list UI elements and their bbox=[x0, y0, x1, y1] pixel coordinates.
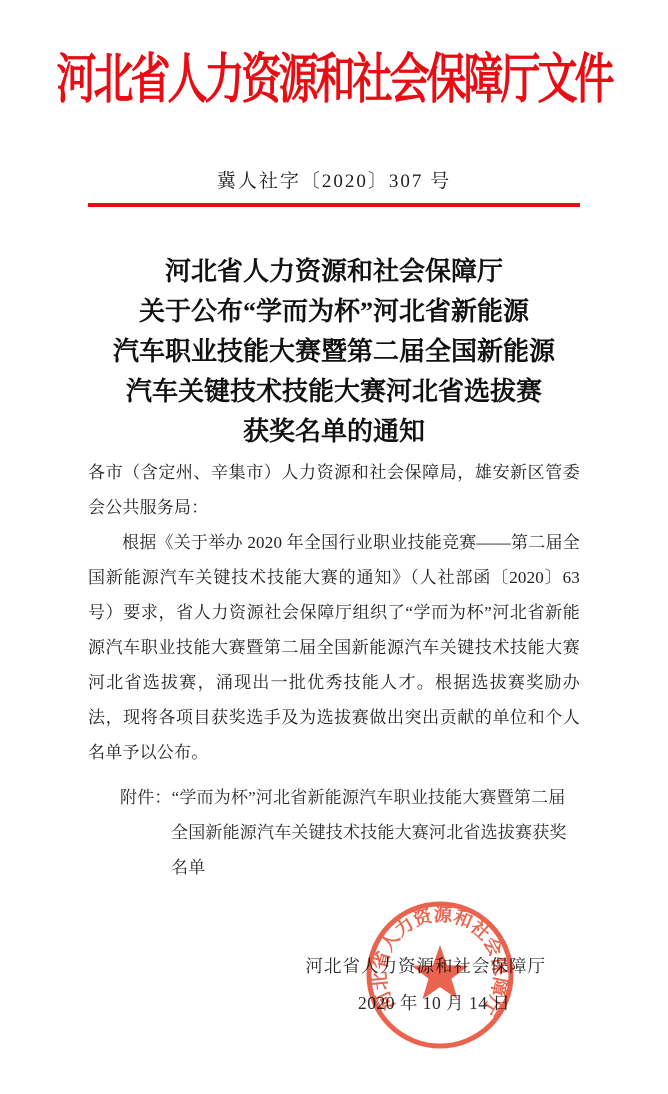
signature-organization: 河北省人力资源和社会保障厅 bbox=[306, 953, 547, 978]
document-body: 各市（含定州、辛集市）人力资源和社会保障局，雄安新区管委会公共服务局： 根据《关… bbox=[88, 455, 580, 770]
red-header-banner: 河北省人力资源和社会保障厅文件 bbox=[0, 38, 668, 122]
red-separator-rule bbox=[88, 203, 580, 207]
signature-date: 2020 年 10 月 14 日 bbox=[358, 990, 510, 1015]
title-line-1: 河北省人力资源和社会保障厅 bbox=[44, 252, 624, 292]
document-page: 河北省人力资源和社会保障厅文件 冀人社字〔2020〕307 号 河北省人力资源和… bbox=[0, 0, 668, 1094]
document-number: 冀人社字〔2020〕307 号 bbox=[0, 166, 668, 193]
attachment-note: 附件：“学而为杯”河北省新能源汽车职业技能大赛暨第二届 全国新能源汽车关键技术技… bbox=[120, 780, 580, 885]
main-paragraph: 根据《关于举办 2020 年全国行业职业技能竞赛——第二届全国新能源汽车关键技术… bbox=[88, 525, 580, 770]
salutation-paragraph: 各市（含定州、辛集市）人力资源和社会保障局，雄安新区管委会公共服务局： bbox=[88, 455, 580, 525]
title-line-3: 汽车职业技能大赛暨第二届全国新能源 bbox=[44, 332, 624, 372]
issuing-org-banner-text: 河北省人力资源和社会保障厅文件 bbox=[57, 23, 612, 136]
title-line-5: 获奖名单的通知 bbox=[44, 412, 624, 452]
title-line-4: 汽车关键技术技能大赛河北省选拔赛 bbox=[44, 372, 624, 412]
document-title: 河北省人力资源和社会保障厅 关于公布“学而为杯”河北省新能源 汽车职业技能大赛暨… bbox=[44, 252, 624, 452]
title-line-2: 关于公布“学而为杯”河北省新能源 bbox=[44, 292, 624, 332]
